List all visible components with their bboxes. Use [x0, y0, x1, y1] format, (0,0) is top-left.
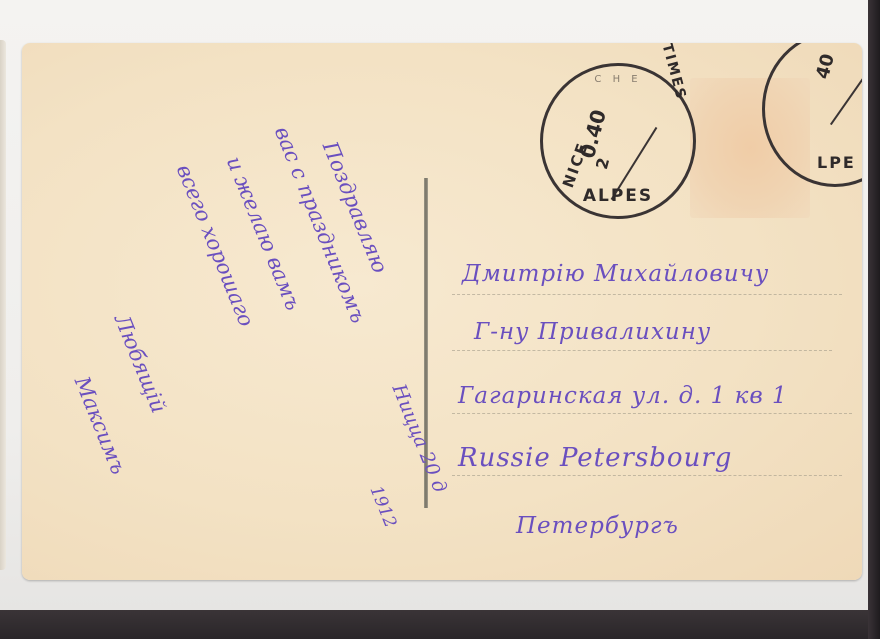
postmark-partial-time: 40: [812, 52, 839, 82]
address-rule: [452, 475, 842, 476]
dark-background-right: [868, 0, 880, 639]
place-date: Ницца 20 д: [388, 381, 451, 496]
address-line-country-city: Russie Petersbourg: [458, 443, 732, 473]
postmark-nice: C H E NICE 0.40 2 MARITIMES ALPES: [540, 63, 696, 219]
address-line-surname: Г-ну Привалихину: [474, 319, 711, 345]
postcard: C H E NICE 0.40 2 MARITIMES ALPES 40 LPE…: [22, 43, 862, 580]
address-rule: [452, 294, 842, 295]
address-line-city-ru: Петербургъ: [516, 513, 679, 539]
year: 1912: [365, 483, 400, 531]
postmark-partial-text: LPE: [817, 153, 856, 172]
postmark-right-text: MARITIMES: [646, 43, 689, 102]
address-rule: [452, 413, 852, 414]
dark-background: [0, 610, 880, 639]
postmark-department: ALPES: [543, 186, 693, 206]
address-line-street: Гагаринская ул. д. 1 кв 1: [458, 383, 788, 409]
signature-closing: Любящій: [110, 311, 171, 416]
address-rule: [452, 350, 832, 351]
adjacent-card-edge: [0, 40, 6, 570]
postmark-partial-slash: [830, 75, 862, 125]
signature-name: Максимъ: [70, 373, 131, 478]
postmark-day: 2: [592, 156, 613, 172]
postmark-time: 0.40: [574, 102, 613, 166]
address-line-name: Дмитрію Михайловичу: [462, 261, 769, 287]
